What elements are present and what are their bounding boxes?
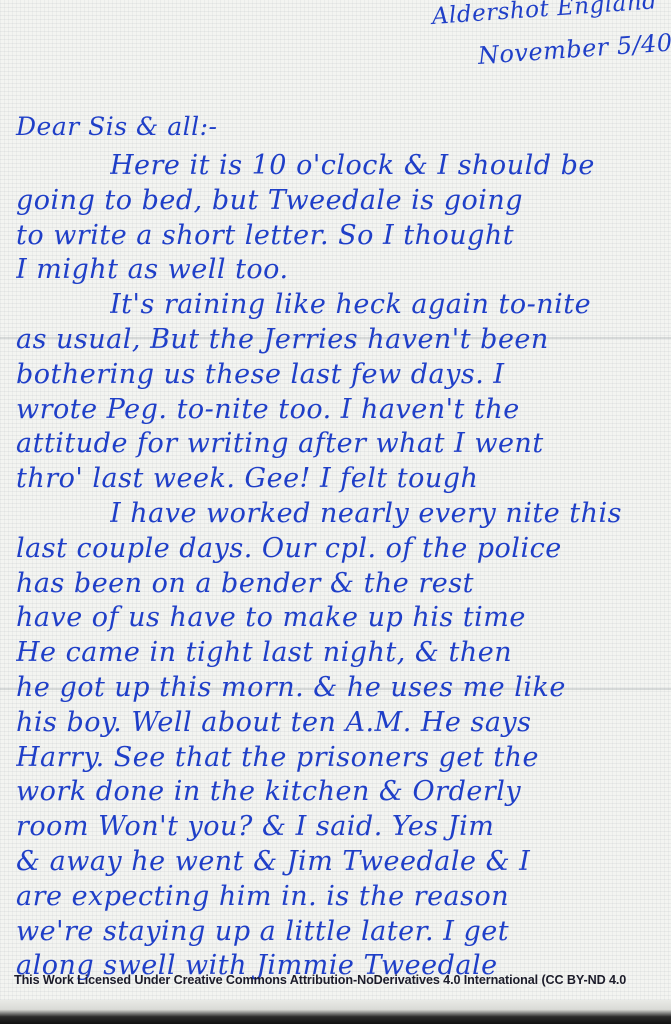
letter-page: Aldershot England November 5/40 Dear Sis… xyxy=(0,0,671,1000)
letter-line: Harry. See that the prisoners get the xyxy=(16,742,666,773)
letter-line: are expecting him in. is the reason xyxy=(16,881,666,912)
letter-line: bothering us these last few days. I xyxy=(16,359,666,390)
letter-line: have of us have to make up his time xyxy=(16,602,666,633)
letter-line: wrote Peg. to-nite too. I haven't the xyxy=(16,394,666,425)
letter-line: thro' last week. Gee! I felt tough xyxy=(16,463,666,494)
letter-line: as usual, But the Jerries haven't been xyxy=(16,324,666,355)
scan-bottom-edge xyxy=(0,1000,671,1024)
letter-salutation: Dear Sis & all:- xyxy=(16,112,218,141)
letter-date: November 5/40 xyxy=(477,28,671,70)
letter-line: He came in tight last night, & then xyxy=(16,637,666,668)
letter-place: Aldershot England xyxy=(431,0,658,30)
letter-line: his boy. Well about ten A.M. He says xyxy=(16,707,666,738)
letter-line: & away he went & Jim Tweedale & I xyxy=(16,846,666,877)
letter-line: he got up this morn. & he uses me like xyxy=(16,672,666,703)
letter-line: room Won't you? & I said. Yes Jim xyxy=(16,811,666,842)
letter-line: we're staying up a little later. I get xyxy=(16,916,666,947)
letter-line: going to bed, but Tweedale is going xyxy=(16,185,666,216)
letter-line: to write a short letter. So I thought xyxy=(16,220,666,251)
letter-line: I might as well too. xyxy=(16,254,666,285)
license-notice: This Work Licensed Under Creative Common… xyxy=(14,973,626,987)
letter-line: I have worked nearly every nite this xyxy=(110,498,666,529)
letter-line: has been on a bender & the rest xyxy=(16,568,666,599)
letter-line: Here it is 10 o'clock & I should be xyxy=(110,150,666,181)
letter-line: work done in the kitchen & Orderly xyxy=(16,776,666,807)
letter-line: last couple days. Our cpl. of the police xyxy=(16,533,666,564)
letter-line: attitude for writing after what I went xyxy=(16,428,666,459)
letter-line: It's raining like heck again to-nite xyxy=(110,289,666,320)
